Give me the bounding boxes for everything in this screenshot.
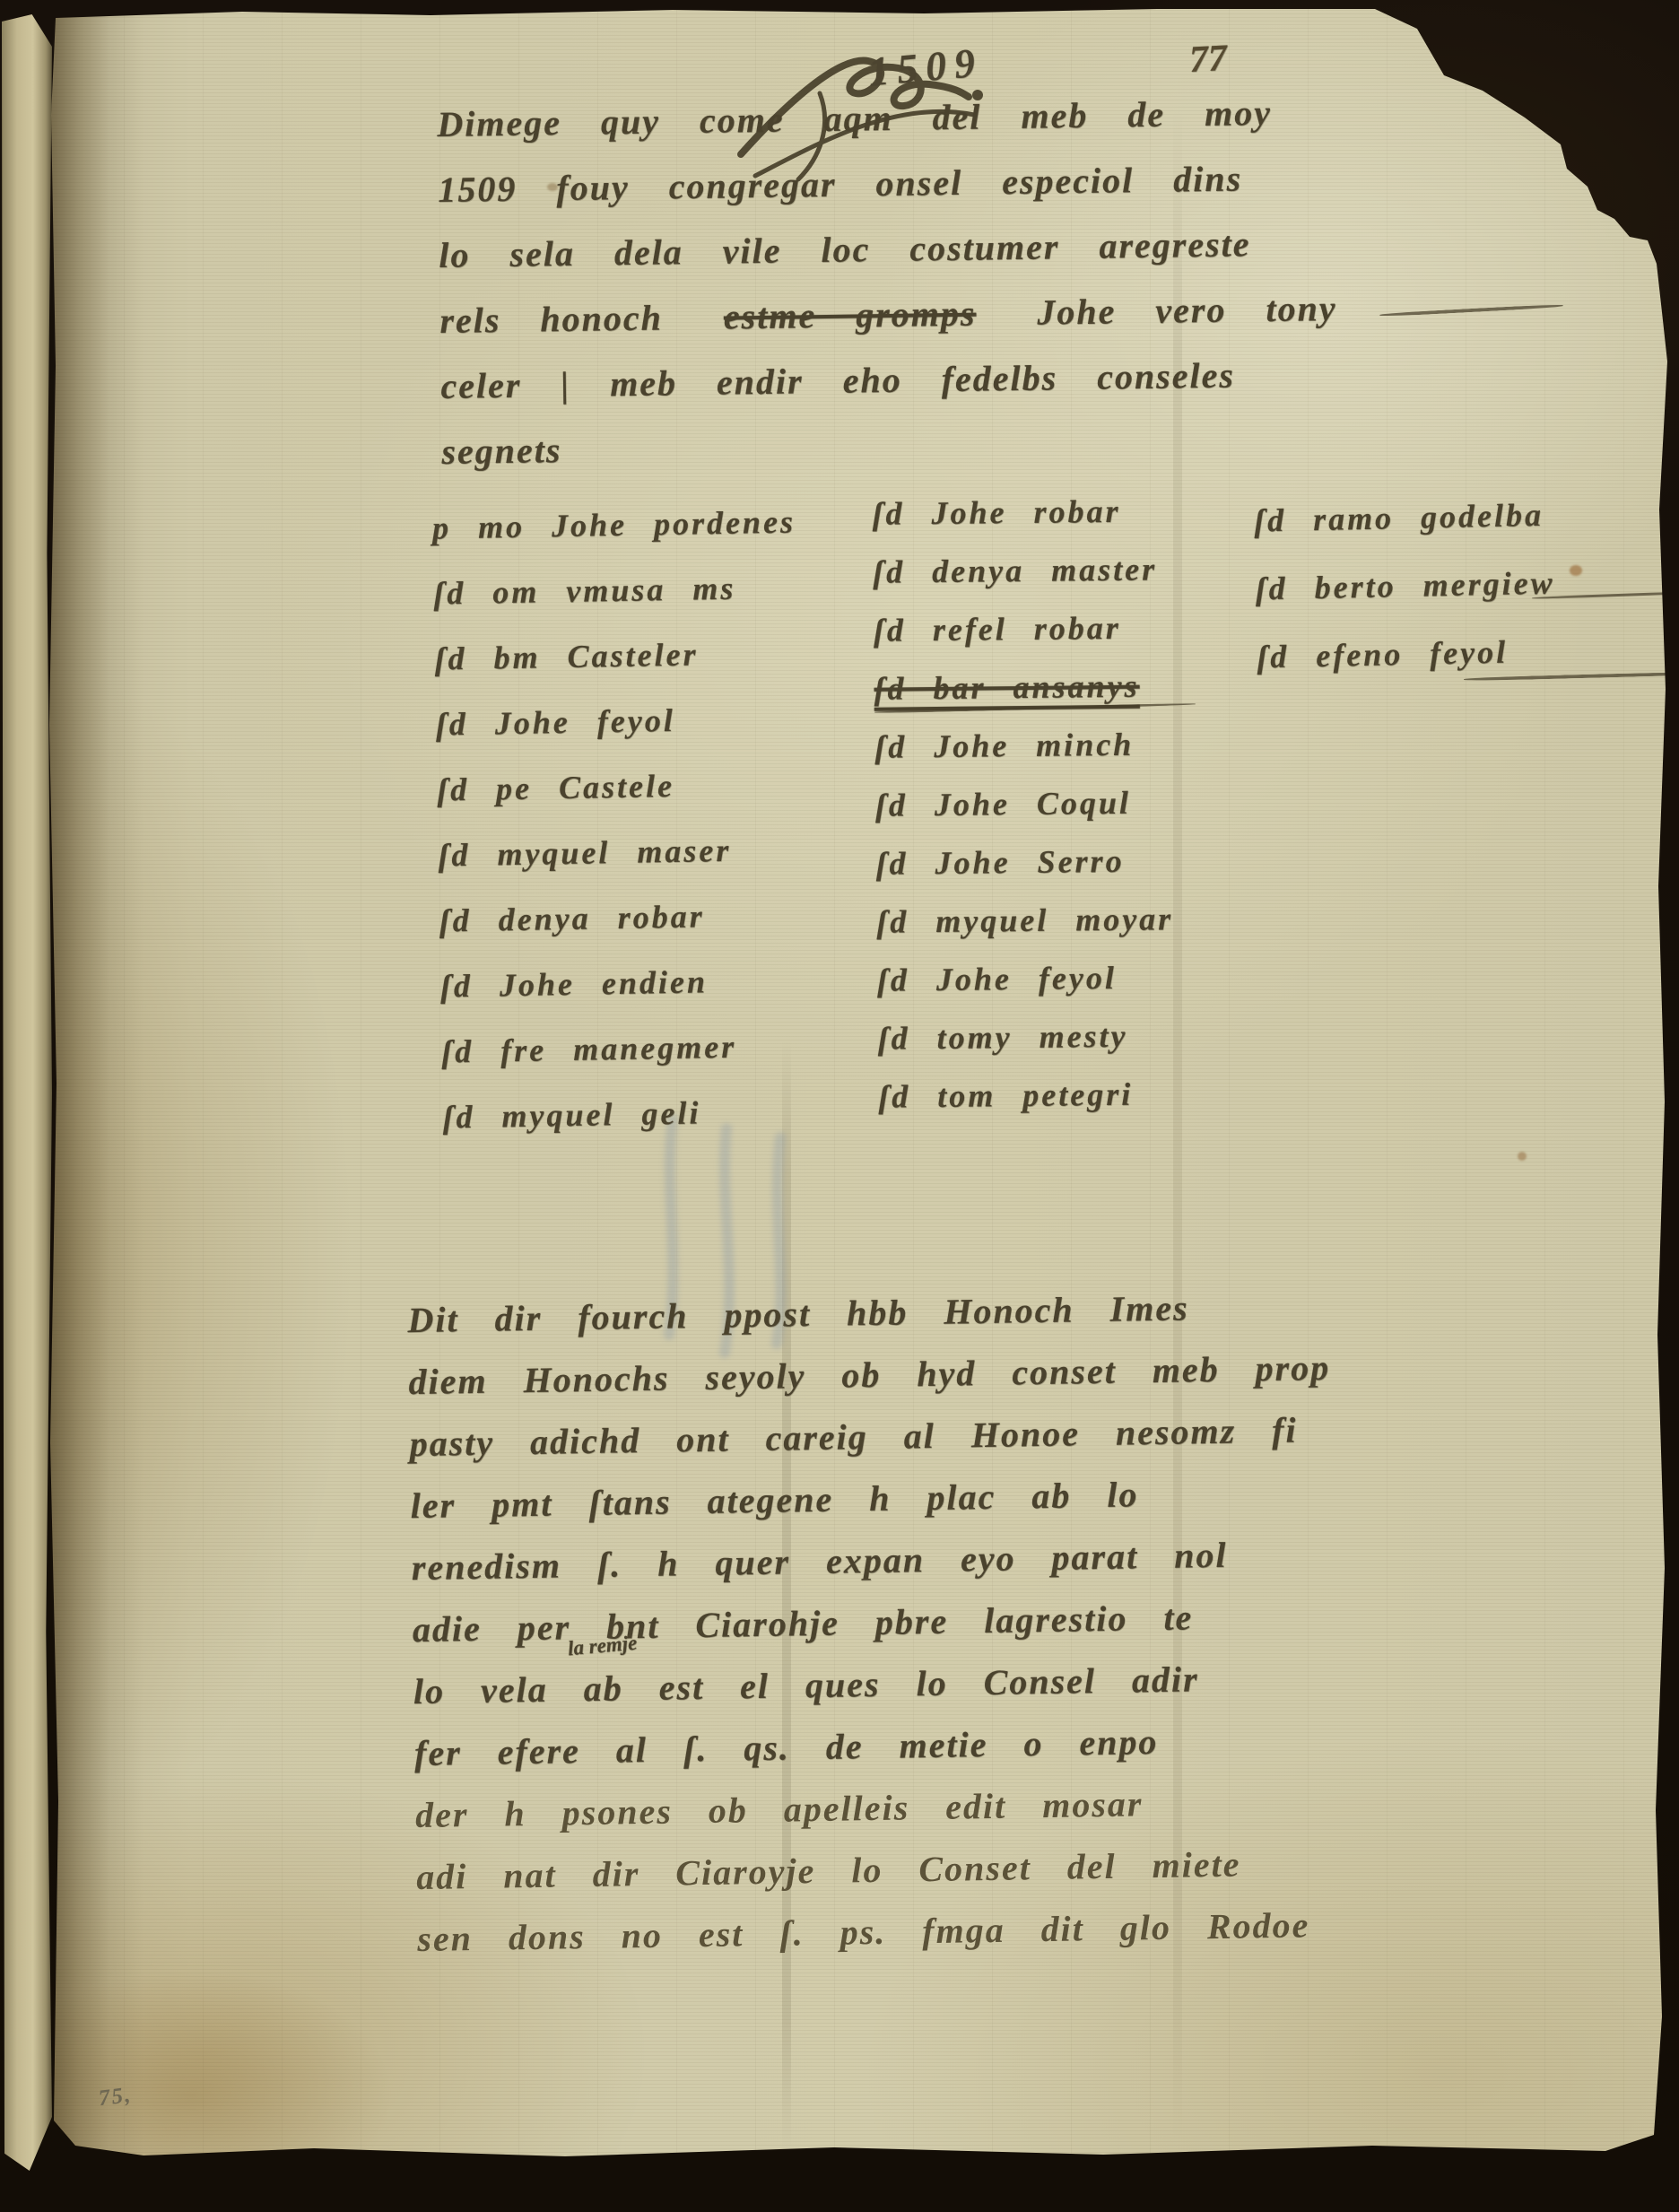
- attendee-name: ſd denya master: [873, 550, 1170, 611]
- line-segment: Johe vero tony: [1037, 288, 1337, 333]
- attendee-name: ſd refel robar: [874, 608, 1171, 669]
- foxing-spot: [1570, 565, 1582, 576]
- manuscript-line: segnets: [441, 418, 1339, 496]
- attendee-name: ſd myquel geli: [442, 1092, 806, 1163]
- attendee-name: ſd denya robar: [439, 895, 803, 967]
- attendee-name: ſd pe Castele: [437, 764, 801, 836]
- attendee-name: ſd Johe endien: [440, 961, 805, 1032]
- attendee-name: ſd myquel maser: [438, 830, 802, 901]
- underlying-page-edge: [2, 14, 52, 2171]
- manuscript-line: lo sela dela vile loc costumer aregreste: [439, 222, 1336, 300]
- manuscript-line: celer | meb endir eho fedelbs conseles: [440, 353, 1338, 431]
- gutter-shadow: [45, 7, 144, 2160]
- year-heading: 1509: [866, 39, 985, 96]
- attendee-name: ſd om vmusa ms: [433, 569, 797, 640]
- attendee-name: ſd tom petegri: [878, 1075, 1176, 1136]
- attendee-name: ſd Johe Coqul: [875, 783, 1173, 844]
- attendee-name: ſd Johe Serro: [875, 841, 1173, 902]
- manuscript-line: 1509 fouy congregar onsel especiol dins: [438, 156, 1335, 234]
- archive-scan: { "header": { "year": "1509", "folio": "…: [0, 0, 1679, 2212]
- pen-stroke: [1379, 304, 1563, 318]
- manuscript-line: rels honoch estme gromps Johe vero tony: [439, 287, 1337, 365]
- attendee-name: ſd Johe feyol: [877, 958, 1175, 1019]
- attendee-column-3: ſd ramo godelba ſd berto mergiew ſd efen…: [1254, 496, 1558, 707]
- manuscript-line: Dimege quy come aqm del meb de moy: [437, 91, 1335, 169]
- folio-number: 77: [1188, 37, 1228, 82]
- attendee-name: ſd bm Casteler: [434, 633, 798, 705]
- attendee-name: p mo Johe pordenes: [432, 503, 796, 575]
- opening-paragraph: Dimege quy come aqm del meb de moy 1509 …: [437, 91, 1339, 496]
- struck-text: estme gromps: [724, 293, 977, 337]
- attendee-column-1: p mo Johe pordenes ſd om vmusa ms ſd bm …: [432, 503, 807, 1164]
- attendee-column-2: ſd Johe robar ſd denya master ſd refel r…: [872, 492, 1175, 1136]
- attendee-name: ſd efeno feyol: [1257, 631, 1557, 706]
- attendee-name: ſd fre manegmer: [441, 1026, 805, 1098]
- attendee-name: ſd Johe minch: [874, 725, 1172, 786]
- attendee-name: ſd berto mergiew: [1255, 564, 1555, 639]
- line-segment: rels honoch: [439, 298, 663, 341]
- attendee-name: ſd ramo godelba: [1254, 496, 1554, 570]
- pencil-folio-number: 75,: [97, 2083, 133, 2112]
- attendee-name: ſd Johe feyol: [435, 699, 799, 771]
- attendee-name: ſd Johe robar: [872, 492, 1170, 553]
- foxing-spot: [1518, 1152, 1527, 1161]
- attendee-name: ſd tomy mesty: [877, 1016, 1175, 1077]
- attendee-name-struck: ſd bar ansanys: [874, 666, 1171, 727]
- deliberation-paragraph: Dit dir fourch ppost hbb Honoch Imes die…: [407, 1285, 1340, 1980]
- manuscript-page: 1509 77 Dimege quy come aqm del meb de m…: [45, 7, 1672, 2160]
- manuscript-line: sen dons no est ſ. ps. fmga dit glo Rodo…: [417, 1903, 1340, 1980]
- attendee-name: ſd myquel moyar: [876, 900, 1174, 961]
